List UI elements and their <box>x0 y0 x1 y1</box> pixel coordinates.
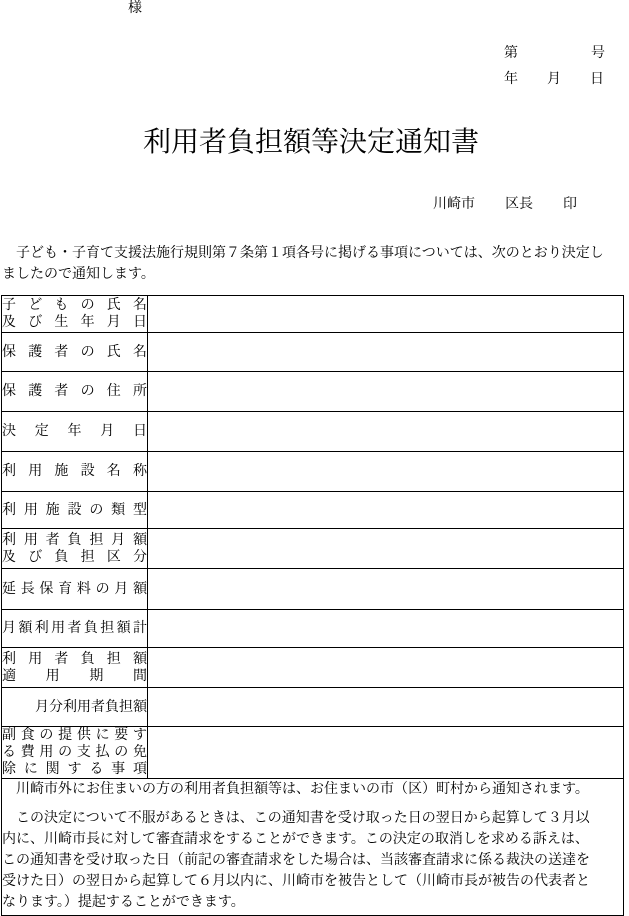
label-line: 保護者の氏名 <box>2 344 147 361</box>
label-line: 適用期間 <box>2 668 147 685</box>
label-cell-decision-date: 決定年月日 <box>2 412 148 452</box>
label-line: 決定年月日 <box>2 423 147 440</box>
document-number-line: 第 号 <box>504 46 605 62</box>
appeal-line: 内に、川崎市長に対して審査請求をすることができます。この決定の取消しを求める訴え… <box>2 829 623 850</box>
label-cell-month-burden: 月分利用者負担額 <box>2 688 148 727</box>
label-cell-extended-childcare-fee: 延長保育料の月額 <box>2 569 148 610</box>
issuer-city: 川崎市 <box>433 197 475 213</box>
table-row-notes: 川崎市外にお住まいの方の利用者負担額等は、お住まいの市（区）町村から通知されます… <box>2 779 624 916</box>
label-cell-burden-period: 利用者負担額 適用期間 <box>2 648 148 688</box>
issuer-office: 区長 <box>505 197 533 213</box>
label-line: 利用者負担月額 <box>2 532 147 549</box>
label-line: 及び生年月日 <box>2 314 147 331</box>
label-line: 子どもの氏名 <box>2 297 147 314</box>
label-line: 利用施設名称 <box>2 463 147 480</box>
label-cell-monthly-burden-total: 月額利用者負担額計 <box>2 610 148 648</box>
value-cell-side-meal-exemption <box>148 727 624 779</box>
label-line: 副食の提供に要す <box>2 727 147 744</box>
label-cell-guardian-address: 保護者の住所 <box>2 372 148 412</box>
table-row-monthly-burden-total: 月額利用者負担額計 <box>2 610 624 648</box>
value-cell-month-burden <box>148 688 624 727</box>
label-line: 利用者負担額 <box>2 651 147 668</box>
label-cell-monthly-burden-category: 利用者負担月額 及び負担区分 <box>2 529 148 569</box>
intro-paragraph: 子ども・子育て支援法施行規則第７条第１項各号に掲げる事項については、次のとおり決… <box>2 243 627 285</box>
note-appeal-rights: この決定について不服があるときは、この通知書を受け取った日の翌日から起算して３月… <box>2 808 623 913</box>
table-row-guardian-address: 保護者の住所 <box>2 372 624 412</box>
table-row-burden-period: 利用者負担額 適用期間 <box>2 648 624 688</box>
table-row-facility-type: 利用施設の類型 <box>2 492 624 529</box>
appeal-line: 受けた日）の翌日から起算して６月以内に、川崎市を被告として（川崎市長が被告の代表… <box>2 871 623 892</box>
document-number-prefix: 第 <box>504 46 518 62</box>
label-line: 月額利用者負担額計 <box>2 620 147 637</box>
table-row-facility-name: 利用施設名称 <box>2 452 624 492</box>
value-cell-monthly-burden-total <box>148 610 624 648</box>
table-row-guardian-name: 保護者の氏名 <box>2 333 624 372</box>
date-month-label: 月 <box>547 72 561 88</box>
value-cell-monthly-burden-category <box>148 529 624 569</box>
issuer-line: 川崎市 区長 印 <box>433 197 577 213</box>
value-cell-facility-name <box>148 452 624 492</box>
label-line: 保護者の住所 <box>2 383 147 400</box>
label-line: 及び負担区分 <box>2 549 147 566</box>
appeal-line: なります。）提起することができます。 <box>2 892 623 913</box>
value-cell-guardian-address <box>148 372 624 412</box>
table-row-extended-childcare-fee: 延長保育料の月額 <box>2 569 624 610</box>
label-line: 除に関する事項 <box>2 761 147 778</box>
recipient-sama-label: 様 <box>128 1 142 17</box>
label-cell-facility-name: 利用施設名称 <box>2 452 148 492</box>
table-row-month-burden: 月分利用者負担額 <box>2 688 624 727</box>
label-line: 延長保育料の月額 <box>2 581 147 598</box>
intro-line: 子ども・子育て支援法施行規則第７条第１項各号に掲げる事項については、次のとおり決… <box>2 243 627 264</box>
decision-table: 子どもの氏名 及び生年月日 保護者の氏名 保護者の住所 決定年月日 <box>1 295 624 916</box>
date-year-label: 年 <box>504 72 518 88</box>
value-cell-facility-type <box>148 492 624 529</box>
table-row-child-name-birthdate: 子どもの氏名 及び生年月日 <box>2 296 624 333</box>
notes-cell: 川崎市外にお住まいの方の利用者負担額等は、お住まいの市（区）町村から通知されます… <box>2 779 624 916</box>
value-cell-burden-period <box>148 648 624 688</box>
label-cell-child-name-birthdate: 子どもの氏名 及び生年月日 <box>2 296 148 333</box>
appeal-line: この決定について不服があるときは、この通知書を受け取った日の翌日から起算して３月… <box>2 808 623 829</box>
note-out-of-city: 川崎市外にお住まいの方の利用者負担額等は、お住まいの市（区）町村から通知されます… <box>2 779 623 800</box>
value-cell-child-name-birthdate <box>148 296 624 333</box>
issuer-seal-mark: 印 <box>563 197 577 213</box>
value-cell-guardian-name <box>148 333 624 372</box>
table-row-side-meal-exemption: 副食の提供に要す る費用の支払の免 除に関する事項 <box>2 727 624 779</box>
label-line: る費用の支払の免 <box>2 744 147 761</box>
value-cell-decision-date <box>148 412 624 452</box>
document-title: 利用者負担額等決定通知書 <box>143 127 479 159</box>
label-line: 月分利用者負担額 <box>2 699 147 716</box>
document-number-suffix: 号 <box>591 46 605 62</box>
issue-date-line: 年 月 日 <box>504 72 604 88</box>
document-page: 様 第 号 年 月 日 利用者負担額等決定通知書 川崎市 区長 印 子ども・子育… <box>0 0 629 916</box>
date-day-label: 日 <box>590 72 604 88</box>
table-row-decision-date: 決定年月日 <box>2 412 624 452</box>
table-row-monthly-burden-category: 利用者負担月額 及び負担区分 <box>2 529 624 569</box>
label-cell-side-meal-exemption: 副食の提供に要す る費用の支払の免 除に関する事項 <box>2 727 148 779</box>
label-cell-guardian-name: 保護者の氏名 <box>2 333 148 372</box>
intro-line: ましたので通知します。 <box>2 264 627 285</box>
appeal-line: この通知書を受け取った日（前記の審査請求をした場合は、当該審査請求に係る裁決の送… <box>2 850 623 871</box>
label-line: 利用施設の類型 <box>2 502 147 519</box>
value-cell-extended-childcare-fee <box>148 569 624 610</box>
label-cell-facility-type: 利用施設の類型 <box>2 492 148 529</box>
